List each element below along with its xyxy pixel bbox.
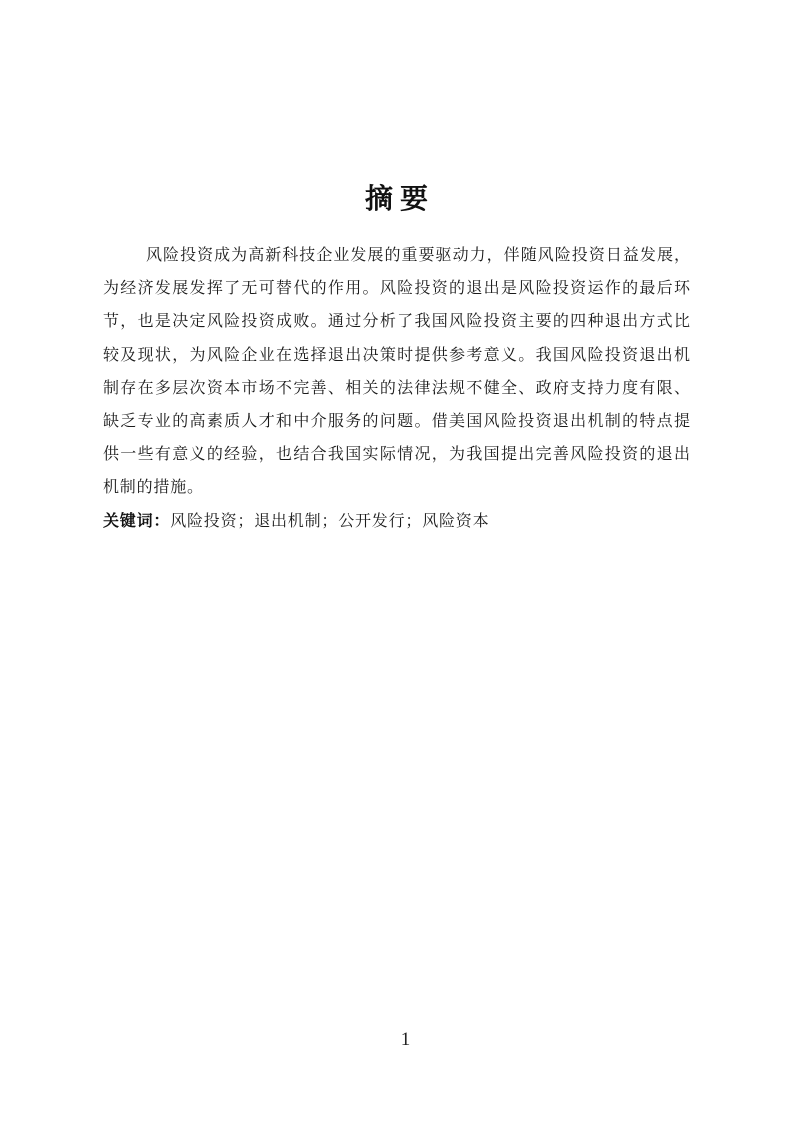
abstract-line: 节，也是决定风险投资成败。通过分析了我国风险投资主要的四种退出方式比 [103, 305, 690, 338]
abstract-line: 缺乏专业的高素质人才和中介服务的问题。借美国风险投资退出机制的特点提 [103, 405, 690, 438]
abstract-line: 制存在多层次资本市场不完善、相关的法律法规不健全、政府支持力度有限、 [103, 372, 690, 405]
keywords-label: 关键词： [103, 513, 170, 530]
abstract-line: 为经济发展发挥了无可替代的作用。风险投资的退出是风险投资运作的最后环 [103, 272, 690, 305]
page-number: 1 [9, 1029, 793, 1051]
document-page: 摘要 风险投资成为高新科技企业发展的重要驱动力，伴随风险投资日益发展， 为经济发… [0, 0, 793, 1122]
abstract-line: 供一些有意义的经验，也结合我国实际情况，为我国提出完善风险投资的退出 [103, 438, 690, 471]
abstract-line: 风险投资成为高新科技企业发展的重要驱动力，伴随风险投资日益发展， [103, 239, 690, 272]
abstract-line: 较及现状，为风险企业在选择退出决策时提供参考意义。我国风险投资退出机 [103, 339, 690, 372]
keywords-text: 风险投资；退出机制；公开发行；风险资本 [170, 513, 489, 530]
abstract-line: 机制的措施。 [103, 471, 690, 504]
abstract-paragraph: 风险投资成为高新科技企业发展的重要驱动力，伴随风险投资日益发展， 为经济发展发挥… [103, 239, 690, 505]
page-title: 摘要 [0, 182, 793, 216]
keywords-line: 关键词：风险投资；退出机制；公开发行；风险资本 [103, 505, 690, 538]
